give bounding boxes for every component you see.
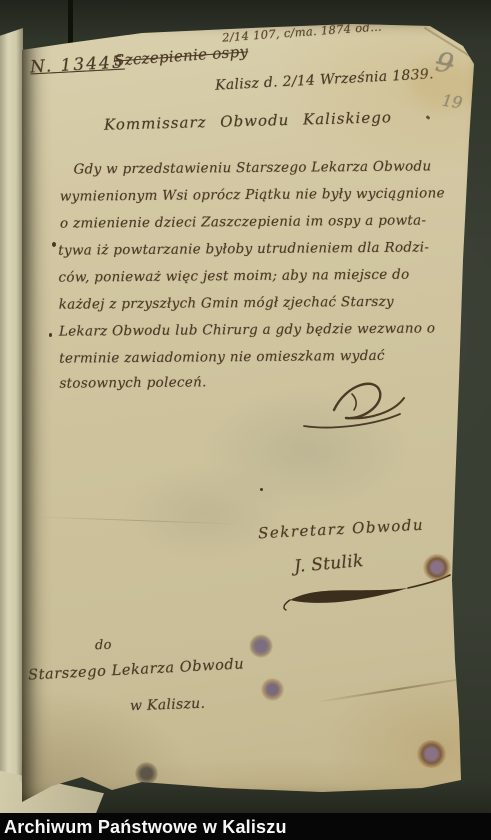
stain [249, 634, 273, 658]
body-line: Lekarz Obwodu lub Chirurg a gdy będzie w… [59, 320, 435, 339]
body-line: Gdy w przedstawieniu Starszego Lekarza O… [73, 158, 431, 177]
body-line: ców, ponieważ więc jest moim; aby na mie… [58, 267, 409, 286]
binding-edge [68, 0, 73, 44]
stain [261, 678, 284, 701]
ink-speck [260, 488, 263, 491]
secretary-title: Sekretarz Obwodu [258, 516, 425, 543]
archive-scan-viewer: 2/14 107, c/ma. 1874 od… N. 13445 Szczep… [0, 0, 491, 840]
stain [417, 740, 446, 768]
stain [135, 762, 158, 785]
address-city: w Kaliszu. [130, 696, 206, 715]
body-line: stosownych poleceń. [59, 374, 206, 391]
body-line: terminie zawiadomiony nie omieszkam wyda… [59, 348, 385, 367]
body-line: o zmienienie dzieci Zaszczepienia im osp… [60, 212, 426, 231]
ink-speck [49, 333, 52, 337]
body-line: tywa iż powtarzanie byłoby utrudnieniem … [58, 239, 429, 258]
archive-caption: Archiwum Państwowe w Kaliszu [0, 818, 287, 836]
previous-page-edge [0, 28, 23, 798]
address-recipient: Starszego Lekarza Obwodu [28, 656, 245, 683]
manuscript-page: 2/14 107, c/ma. 1874 od… N. 13445 Szczep… [22, 20, 480, 802]
body-line: wymienionym Wsi oprócz Piątku nie były w… [60, 185, 445, 204]
crease-line [32, 516, 242, 524]
paraph-flourish [300, 368, 412, 434]
crease-line [315, 675, 483, 704]
stain-halo [410, 60, 480, 110]
body-line: każdej z przyszłych Gmin mógł zjechać St… [59, 294, 394, 313]
caption-bar: Archiwum Państwowe w Kaliszu [0, 813, 491, 840]
stain [423, 554, 451, 581]
ink-speck [52, 242, 56, 247]
address-do: do [95, 638, 112, 654]
